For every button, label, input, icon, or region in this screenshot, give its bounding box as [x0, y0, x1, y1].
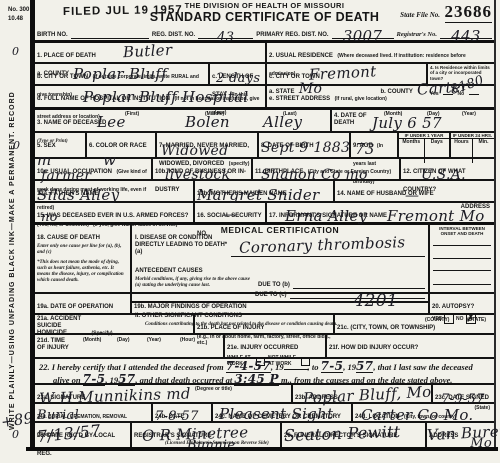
primary-reg-value: 3007 [332, 28, 394, 39]
armed-value: no [41, 211, 58, 224]
registration-line: BIRTH NO. REG. DIST. NO. 43 PRIMARY REG.… [37, 28, 492, 39]
last-name-value: Alley [263, 115, 302, 130]
row-physician-signature: 23a. SIGNATURE (Degree or title) W H Mun… [35, 383, 494, 402]
antecedent-note: Morbid conditions, if any, giving rise t… [135, 277, 255, 290]
form-number: No. 300 10.48 [8, 6, 29, 24]
city-value: Poplar Bluff [73, 67, 167, 82]
row-certification-statement: 22. I hereby certify that I attended the… [35, 357, 494, 383]
field-street-address: e. STREET ADDRESS (If rural, give locati… [265, 86, 494, 107]
cert-to-year: 57 [356, 360, 373, 373]
state-file-label: State File No. [400, 11, 440, 19]
field-injury-location: 21c. (CITY, TOWN, OR TOWNSHIP) (COUNTY) … [333, 315, 494, 333]
field-how-injury-occurred: 21f. HOW DID INJURY OCCUR? [325, 335, 494, 357]
cause-line-b: ANTECEDENT CAUSES Morbid conditions, if … [132, 259, 428, 290]
registrar-no-value: 443 [440, 28, 492, 39]
margin-instruction-text: WRITE PLAINLY—USING UNFADING BLACK INK—M… [9, 60, 21, 430]
operation-date-label: 19a. DATE OF OPERA­TION [37, 304, 113, 310]
age-value: 73 [355, 142, 375, 157]
field-usual-residence: 2. USUAL RESIDENCE (Where deceased lived… [265, 43, 494, 62]
field-hospital: d. FULL NAME OF HOSPITAL OR INSTITUTION … [35, 86, 265, 107]
state-file-number: State File No. 23686 [400, 2, 492, 23]
margin-annotation-2: 0 [12, 429, 19, 440]
burial-state-note: (State) [474, 405, 490, 411]
cause-a-value: Coronary thrombosis [239, 235, 406, 256]
birth-no-blank [71, 29, 149, 39]
field-length-of-stay: c. LENGTH OF STAY (In this place) 2 days [208, 64, 265, 84]
field-injury-occurred: 21e. INJURY OCCURRED WHILE AT WORK NOT W… [223, 335, 325, 357]
cause-note: Enter only one cause per line for (a), (… [37, 244, 128, 257]
field-date-received: 25. DATE REC'D BY LOCAL REG. 7/13/57 [35, 423, 130, 447]
medical-certification-block: 18. CAUSE OF DEATH Enter only one cause … [35, 222, 494, 292]
field-funeral-director-signature: 26. FUNERAL DIRECTOR'S SIGNATURE Seaton … [280, 423, 425, 447]
row-parents: 13a. FATHER'S NAME Silas Alley 13b. MOTH… [35, 179, 494, 201]
medical-certification-main: MEDICAL CERTIFICATION I. DISEASE OR COND… [130, 225, 428, 292]
part1-label: I. DISEASE OR CONDITION DIRECTLY LEADING… [135, 235, 231, 257]
row-vitals: 5. SEX m 6. COLOR OR RACE w 7. MARRIED, … [35, 131, 494, 157]
middle-name-value: Bolen [185, 115, 230, 130]
field-mother-name: 13b. MOTHER'S MAIDEN NAME Margret Snider [193, 181, 333, 201]
burial-date-value: 7-8-57 [155, 410, 199, 423]
birth-no-label: BIRTH NO. [37, 32, 68, 39]
field-race: 6. COLOR OR RACE w [85, 133, 155, 157]
cert-to-value: 7-5 [321, 360, 344, 373]
stay-value: 2 days [216, 72, 260, 85]
interval-column: INTERVAL BETWEEN ONSET AND DEATH [428, 225, 494, 292]
field-cause-of-death-sidebar: 18. CAUSE OF DEATH Enter only one cause … [35, 225, 130, 292]
registrar-no-label: Registrar's No. [397, 31, 437, 39]
how-injury-label: 21f. HOW DID INJURY OCCUR? [329, 345, 418, 351]
left-margin: No. 300 10.48 0 0 WRITE PLAINLY—USING UN… [0, 0, 30, 463]
field-occupation: 10a. USUAL OCCUPATION (Give kind of work… [35, 159, 151, 179]
field-date-signed: 23c. DATE SIGNED 7-9-57 [431, 385, 494, 402]
date-received-value: 7/13/57 [36, 423, 101, 446]
due-b-blank [293, 280, 425, 289]
field-business: 10b. KIND OF BUSINESS OR IN­DUSTRY lives… [151, 159, 251, 179]
antecedent-block: ANTECEDENT CAUSES Morbid conditions, if … [135, 259, 255, 290]
death-certificate-scan: No. 300 10.48 0 0 WRITE PLAINLY—USING UN… [0, 0, 500, 463]
row-registrar: 25. DATE REC'D BY LOCAL REG. 7/13/57 REG… [35, 421, 494, 447]
field-burial-date: 24b. DATE 7-8-57 [151, 404, 211, 421]
stray-mark: 0 [12, 46, 19, 57]
field-place-of-death-county: 1. PLACE OF DEATH a. COUNTY Butler [35, 43, 265, 62]
marital-value: Widowed [161, 144, 228, 158]
form-number-line2: 10.48 [8, 15, 29, 24]
row-hospital-street: d. FULL NAME OF HOSPITAL OR INSTITUTION … [35, 84, 494, 107]
field-spouse-name: 14. NAME OF HUSBAND OR WIFE — [333, 181, 494, 201]
armed-label: 15. WAS DECEASED EVER IN U.S. ARMED FORC… [37, 213, 188, 219]
interval-blank-c [433, 270, 491, 271]
state-file-value: 23686 [445, 2, 493, 23]
cert-number: 22. [39, 362, 50, 372]
field-age-under-1-year: IF UNDER 1 YEAR Months Days [397, 133, 449, 157]
death-year-label: (Year) [462, 111, 476, 117]
residence-label: 2. USUAL RESIDENCE [269, 53, 333, 59]
race-label: 6. COLOR OR RACE [89, 143, 147, 149]
field-burial-location: 24d. LOCATION (City, town, or county) (S… [351, 404, 494, 421]
injury-county-label: (COUNTY) [425, 317, 449, 323]
spouse-value: — [405, 189, 419, 203]
field-place-of-injury: 21b. PLACE OF INJURY (e.g., in or about … [193, 315, 333, 333]
interval-label: INTERVAL BETWEEN ONSET AND DEATH [433, 226, 491, 237]
bottom-rule [26, 447, 498, 451]
field-citizenship: 12. CITIZEN OF WHAT COUNTRY? U.S.A. [399, 159, 494, 179]
cause-a-blank: Coronary thrombosis [231, 240, 425, 257]
injury-month-label: (Month) [83, 337, 101, 343]
residence-city-value: Fremont [309, 64, 377, 83]
cause-a-label: (a) [135, 249, 142, 255]
field-city-of-death: b. CITY OR TOWN (If outside corporate li… [35, 64, 208, 84]
field-father-name: 13a. FATHER'S NAME Silas Alley [35, 181, 193, 201]
interval-blank-d [433, 284, 491, 285]
street-label: e. STREET ADDRESS [269, 96, 330, 102]
hospital-value: Poplar Bluff Hospital [83, 90, 248, 105]
field-age-under-24-hrs: IF UNDER 24 HRS. Hours Min. [449, 133, 494, 157]
injury-day-label: (Day) [117, 337, 130, 343]
field-burial-type: 24a. BURIAL, CREMA­TION, REMOVAL (Specif… [35, 404, 151, 421]
cause-footnote: *This does not mean the mode of dying, s… [37, 260, 128, 285]
row-injury-2: 21d. TIME OF INJURY (Month) (Day) (Year)… [35, 333, 494, 357]
injury-hour-label: (Hour) [180, 337, 195, 343]
injury-year-label: (Year) [147, 337, 161, 343]
degree-note: (Degree or title) [195, 386, 232, 392]
part1-line1: I. DISEASE OR CONDITION [135, 235, 212, 241]
findings-label: 19b. MAJOR FINDINGS OF OPERATION [134, 304, 247, 310]
part1-line2: DIRECTLY LEADING TO DEATH* [135, 242, 227, 248]
business-value: livestock [165, 168, 230, 182]
injury-city-label: 21c. (CITY, TOWN, OR TOWNSHIP) [337, 325, 435, 331]
injury-state-label: (STATE) [467, 317, 486, 323]
cert-seg2: , 19 [271, 362, 284, 372]
cert-seg3: , to [308, 362, 319, 372]
name-label: 3. NAME OF DECEASED [37, 120, 106, 126]
autopsy-label: 20. AUTOPSY? [432, 304, 474, 310]
filed-date-stamp: FILED JUL 19 1957 [63, 4, 183, 18]
burial-location-value: Carter Co Mo. [361, 408, 474, 423]
field-ssn: 16. SOCIAL SECURITY NO. — [193, 203, 265, 222]
row-injury-1: 21a. ACCIDENT SUICIDE HOMICIDE (Specify)… [35, 313, 494, 333]
form-number-line1: No. 300 [8, 6, 29, 15]
reg-dist-label: REG. DIST. NO. [152, 32, 195, 39]
field-sex: 5. SEX m [35, 133, 85, 157]
street-note: (If rural, give location) [335, 96, 387, 102]
cert-blank1 [284, 361, 308, 370]
field-accident-type: 21a. ACCIDENT SUICIDE HOMICIDE (Specify) [35, 315, 193, 333]
cert-seg4: , 19 [343, 362, 356, 372]
field-name-of-deceased: 3. NAME OF DECEASED (Type or Print) (Fir… [35, 110, 330, 131]
birth-date-value: Sept 9 1883 [261, 141, 350, 155]
death-date-label: 4. DATE OF DEATH [334, 113, 368, 127]
primary-reg-label: PRIMARY REG. DIST. NO. [256, 32, 328, 39]
cert-seg7: , 19 [105, 375, 118, 385]
certification-statement: 22. I hereby certify that I attended the… [35, 359, 494, 383]
cert-from-value: 7-4-57 [226, 360, 271, 373]
findings-value: 4201 [354, 293, 398, 310]
field-operation-date: 19a. DATE OF OPERA­TION [35, 294, 130, 313]
field-informant: 17. INFORMANT'S SIGNATURE OR NAME ADDRES… [265, 203, 494, 222]
row-service-informant: 15. WAS DECEASED EVER IN U.S. ARMED FORC… [35, 201, 494, 222]
first-name-value: Lee [97, 115, 126, 130]
injury-place-label: 21b. PLACE OF INJURY [197, 325, 264, 331]
cause-label: 18. CAUSE OF DEATH [37, 235, 100, 241]
informant-address-value: Fremont Mo [387, 209, 485, 224]
certificate-form: THE DIVISION OF HEALTH OF MISSOURI STAND… [30, 0, 496, 447]
injury-time-label: 21d. TIME OF INJURY [37, 338, 73, 352]
county-value: Butler [123, 43, 173, 61]
due-b-label: DUE TO (b) [258, 282, 290, 289]
field-physician-signature: 23a. SIGNATURE (Degree or title) W H Mun… [35, 385, 291, 402]
row-occupation: 10a. USUAL OCCUPATION (Give kind of work… [35, 157, 494, 179]
interval-blank-a [433, 245, 491, 246]
citizen-value: U.S.A. [421, 168, 466, 182]
field-physician-address: 23b. ADDRESS Poplar Bluff, Mo [291, 385, 431, 402]
funeral-director-value: Seaton Pewitt [284, 424, 401, 444]
first-name-label: (First) [125, 111, 139, 117]
field-armed-forces: 15. WAS DECEASED EVER IN U.S. ARMED FORC… [35, 203, 193, 222]
cert-seg1: I hereby certify that I attended the dec… [52, 362, 224, 372]
field-operation-findings: 19b. MAJOR FINDINGS OF OPERATION 4201 [130, 294, 428, 313]
field-cemetery: 24c. NAME OF CEMETERY OR CREMATORY Pleas… [211, 404, 351, 421]
antecedent-label: ANTECEDENT CAUSES [135, 268, 203, 274]
field-age: 9. AGE (In years last birthday) 73 [349, 133, 397, 157]
field-date-of-birth: 8. DATE OF BIRTH Sept 9 1883 [257, 133, 349, 157]
cert-seg5: , that I last saw the deceased [373, 362, 472, 372]
mother-value: Margret Snider [197, 188, 320, 203]
burial-value: Burial [37, 409, 79, 422]
interval-blank-b [433, 258, 491, 259]
field-residence-city: c. CITY OR TOWN Fremont [265, 64, 426, 84]
injury-occurred-label: 21e. INJURY OCCURRED [227, 345, 298, 351]
informant-value: Erna Alley [285, 209, 367, 224]
field-funeral-director-address: ADDRESS Van Buren Mo [425, 423, 494, 447]
place-of-death-label: 1. PLACE OF DEATH [37, 53, 96, 59]
row-name-deathdate: 3. NAME OF DECEASED (Type or Print) (Fir… [35, 107, 494, 131]
sex-label: 5. SEX [37, 143, 56, 149]
father-value: Silas Alley [37, 188, 119, 203]
cause-line-a: I. DISEASE OR CONDITION DIRECTLY LEADING… [132, 235, 428, 257]
field-time-of-injury: 21d. TIME OF INJURY (Month) (Day) (Year)… [35, 335, 223, 357]
reg-dist-value: 43 [198, 28, 253, 39]
cemetery-value: Pleasent Sight [219, 407, 333, 422]
row-operation: 19a. DATE OF OPERA­TION 19b. MAJOR FINDI… [35, 292, 494, 313]
death-date-value: July 6 57 [372, 116, 442, 131]
form-header: THE DIVISION OF HEALTH OF MISSOURI STAND… [35, 0, 494, 40]
cert-seg6: alive on [53, 375, 81, 385]
field-date-of-death: 4. DATE OF DEATH (Month) (Day) (Year) Ju… [330, 110, 494, 131]
ssn-value: — [223, 208, 237, 222]
row-burial: 24a. BURIAL, CREMA­TION, REMOVAL (Specif… [35, 402, 494, 421]
field-marital-status: 7. MARRIED, NEVER MARRIED, WIDOWED, DIVO… [155, 133, 257, 157]
field-autopsy: 20. AUTOPSY? YES NO ✗ [428, 294, 494, 313]
field-birthplace: 11. BIRTHPLACE (City and State or Foreig… [251, 159, 399, 179]
birthplace-value: Shanon Co mo [261, 168, 368, 182]
row-place-residence: 1. PLACE OF DEATH a. COUNTY Butler 2. US… [35, 40, 494, 62]
row-city-stay: b. CITY OR TOWN (If outside corporate li… [35, 62, 494, 84]
